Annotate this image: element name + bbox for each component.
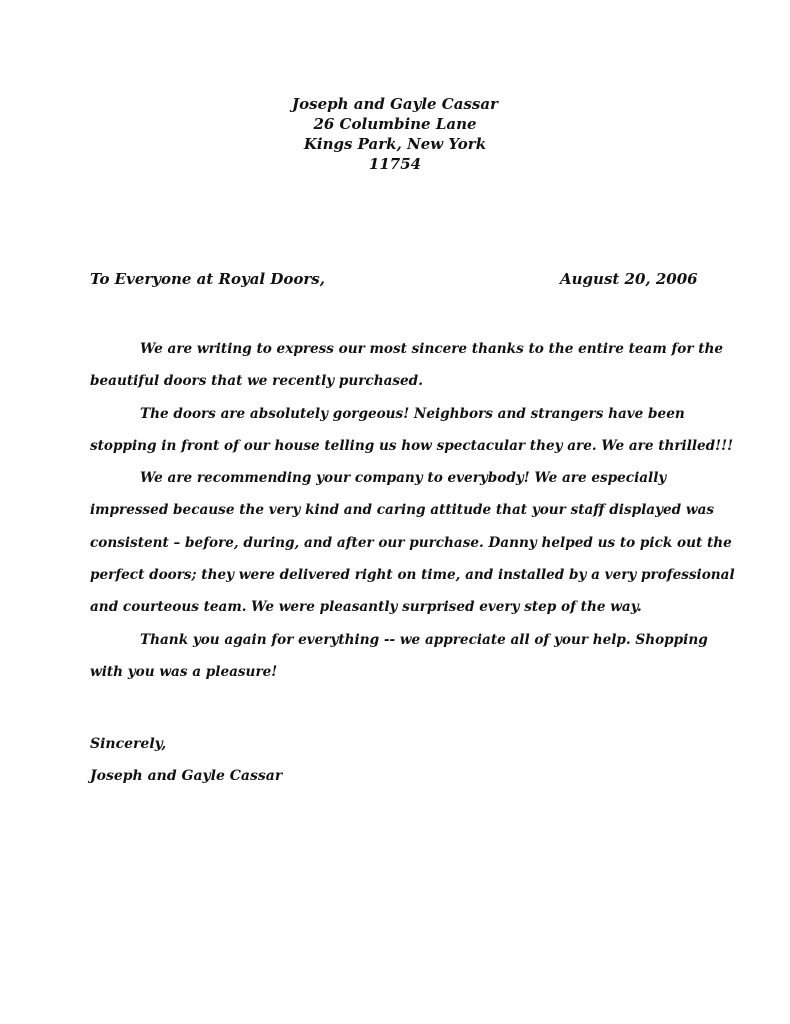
sender-city-state: Kings Park, New York xyxy=(0,134,790,154)
body-line: Thank you again for everything -- we app… xyxy=(90,624,710,656)
salutation: To Everyone at Royal Doors, xyxy=(90,268,325,290)
letter-body: We are writing to express our most since… xyxy=(90,333,710,688)
body-line: We are recommending your company to ever… xyxy=(90,462,710,494)
sender-street: 26 Columbine Lane xyxy=(0,114,790,134)
body-line: perfect doors; they were delivered right… xyxy=(90,559,710,591)
body-line: stopping in front of our house telling u… xyxy=(90,430,710,462)
valediction: Sincerely, xyxy=(90,728,282,760)
signature: Joseph and Gayle Cassar xyxy=(90,760,282,792)
closing: Sincerely, Joseph and Gayle Cassar xyxy=(90,728,282,792)
body-line: impressed because the very kind and cari… xyxy=(90,494,710,526)
body-line: with you was a pleasure! xyxy=(90,656,710,688)
letter-date: August 20, 2006 xyxy=(560,268,698,290)
body-line: The doors are absolutely gorgeous! Neigh… xyxy=(90,398,710,430)
sender-name: Joseph and Gayle Cassar xyxy=(0,94,790,114)
body-line: beautiful doors that we recently purchas… xyxy=(90,365,710,397)
sender-zip: 11754 xyxy=(0,154,790,174)
body-line: We are writing to express our most since… xyxy=(90,333,710,365)
body-line: consistent – before, during, and after o… xyxy=(90,527,710,559)
body-line: and courteous team. We were pleasantly s… xyxy=(90,591,710,623)
letterhead: Joseph and Gayle Cassar 26 Columbine Lan… xyxy=(0,94,790,174)
